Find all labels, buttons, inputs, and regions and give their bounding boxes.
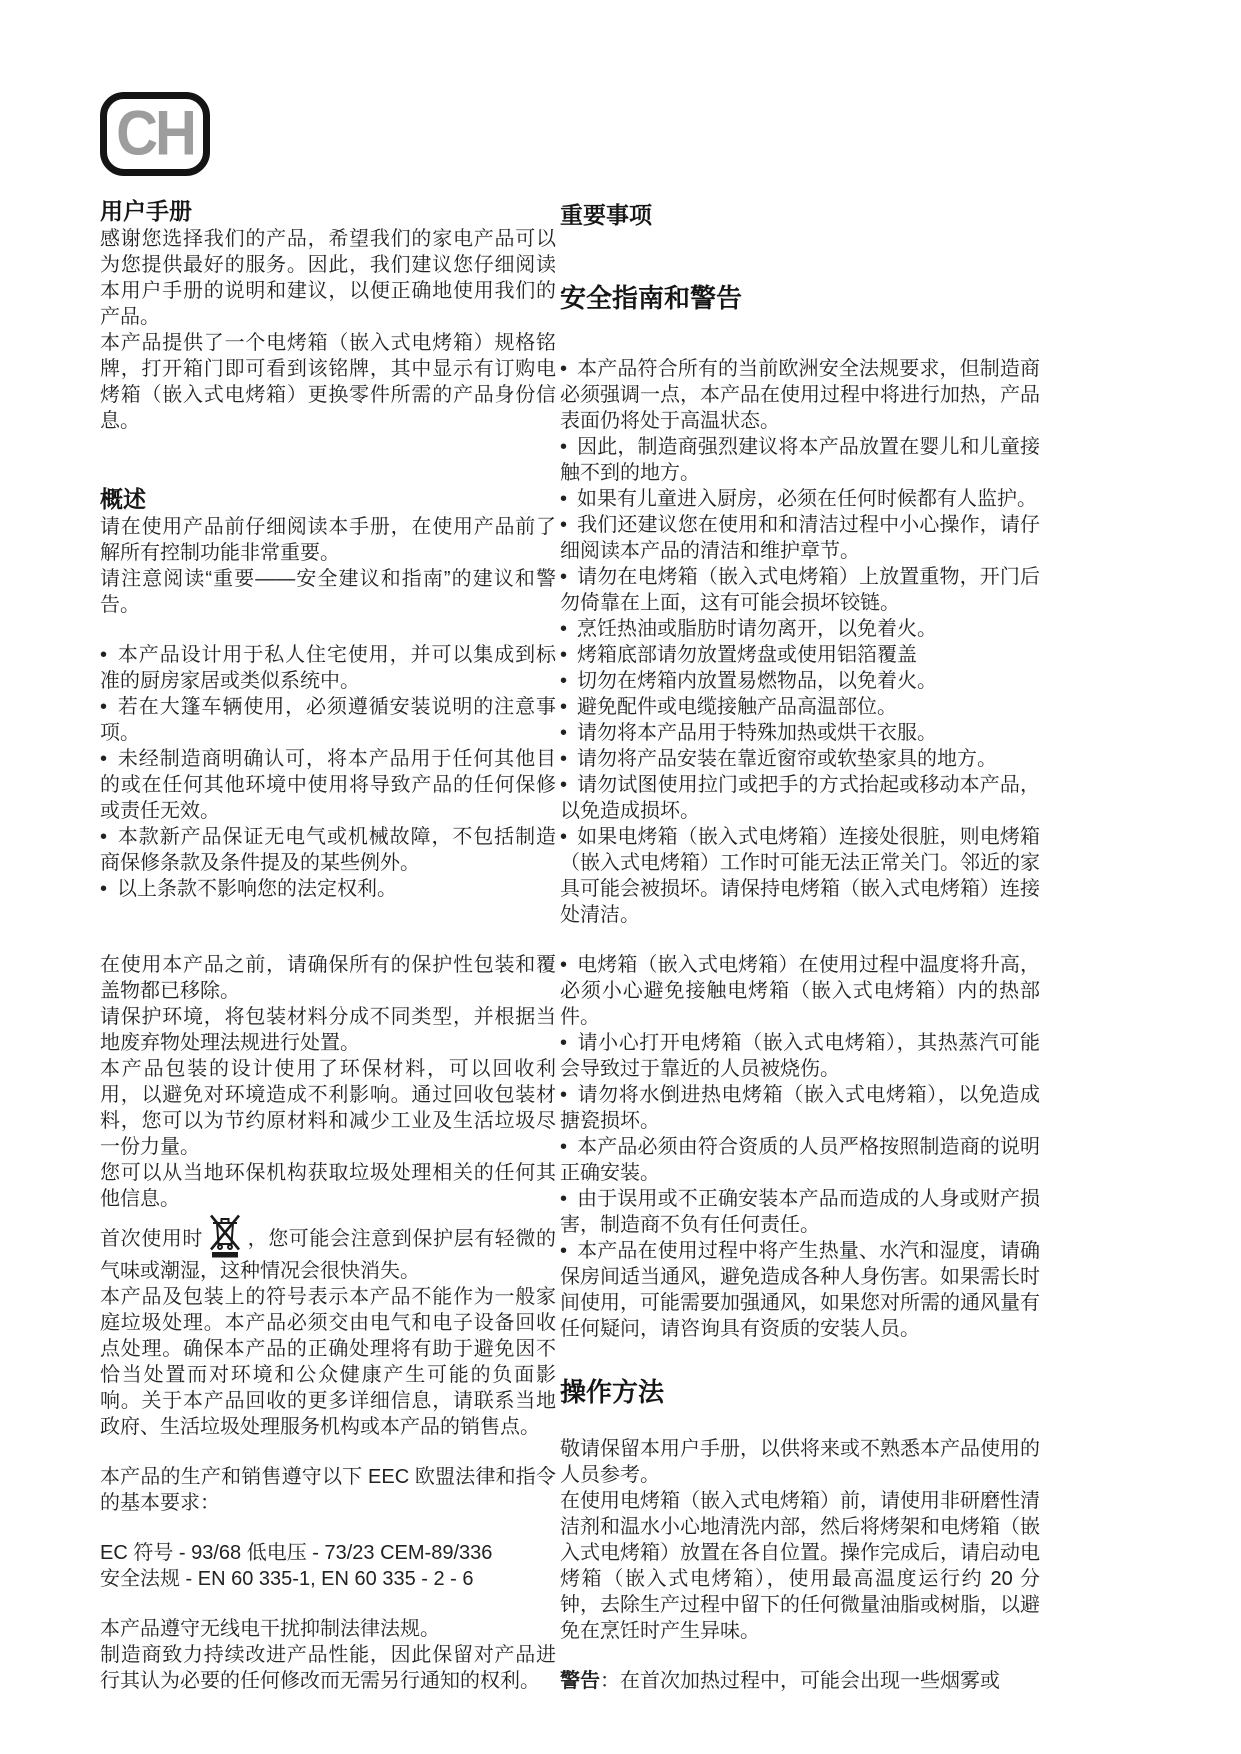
- spacer: [100, 1440, 556, 1464]
- bullet-item: • 请勿在电烤箱（嵌入式电烤箱）上放置重物，开门后勿倚靠在上面，这有可能会损坏铰…: [560, 564, 1040, 616]
- bullet-item: • 因此，制造商强烈建议将本产品放置在婴儿和儿童接触不到的地方。: [560, 434, 1040, 486]
- bullet-item: • 请勿将水倒进热电烤箱（嵌入式电烤箱），以免造成搪瓷损坏。: [560, 1082, 1040, 1134]
- bullet-item: • 本产品符合所有的当前欧洲安全法规要求，但制造商必须强调一点，本产品在使用过程…: [560, 356, 1040, 434]
- bullet-item: • 请勿将本产品用于特殊加热或烘干衣服。: [560, 720, 1040, 746]
- paragraph: 在使用电烤箱（嵌入式电烤箱）前，请使用非研磨性清洁剂和温水小心地清洗内部，然后将…: [560, 1488, 1040, 1644]
- left-column-content: 用户手册感谢您选择我们的产品，希望我们的家电产品可以为您提供最好的服务。因此，我…: [100, 196, 556, 1694]
- bullet-item: • 本款新产品保证无电气或机械故障，不包括制造商保修条款及条件提及的某些例外。: [100, 824, 556, 876]
- bullet-item: • 本产品设计用于私人住宅使用，并可以集成到标准的厨房家居或类似系统中。: [100, 642, 556, 694]
- bullet-item: • 我们还建议您在使用和和清洁过程中小心操作，请仔细阅读本产品的清洁和维护章节。: [560, 512, 1040, 564]
- paragraph: 感谢您选择我们的产品，希望我们的家电产品可以为您提供最好的服务。因此，我们建议您…: [100, 226, 556, 330]
- bullet-item: • 若在大篷车辆使用，必须遵循安装说明的注意事项。: [100, 694, 556, 746]
- bullet-item: • 由于误用或不正确安装本产品而造成的人身或财产损害，制造商不负有任何责任。: [560, 1186, 1040, 1238]
- spacer: [100, 618, 556, 642]
- spacer: [100, 1516, 556, 1540]
- paragraph: 制造商致力持续改进产品性能，因此保留对产品进行其认为必要的任何修改而无需另行通知…: [100, 1642, 556, 1694]
- paragraph: 本产品提供了一个电烤箱（嵌入式电烤箱）规格铭牌，打开箱门即可看到该铭牌，其中显示…: [100, 330, 556, 434]
- paragraph: 请保护环境，将包装材料分成不同类型，并根据当地废弃物处理法规进行处置。: [100, 1004, 556, 1056]
- section-heading: 用户手册: [100, 196, 556, 226]
- manual-page: CH 用户手册感谢您选择我们的产品，希望我们的家电产品可以为您提供最好的服务。因…: [0, 0, 1241, 1754]
- right-column-content: 重要事项安全指南和警告• 本产品符合所有的当前欧洲安全法规要求，但制造商必须强调…: [560, 200, 1040, 1694]
- spacer: [560, 230, 1040, 282]
- paragraph: 请在使用产品前仔细阅读本手册，在使用产品前了解所有控制功能非常重要。: [100, 514, 556, 566]
- spacer: [560, 1342, 1040, 1376]
- spacer: [100, 1592, 556, 1616]
- paragraph: 本产品遵守无线电干扰抑制法律法规。: [100, 1616, 556, 1642]
- bullet-item: • 如果电烤箱（嵌入式电烤箱）连接处很脏，则电烤箱（嵌入式电烤箱）工作时可能无法…: [560, 824, 1040, 928]
- spacer: [100, 902, 556, 952]
- right-column: 重要事项安全指南和警告• 本产品符合所有的当前欧洲安全法规要求，但制造商必须强调…: [560, 200, 1040, 1694]
- spacer: [560, 314, 1040, 356]
- paragraph: 敬请保留本用户手册，以供将来或不熟悉本产品使用的人员参考。: [560, 1436, 1040, 1488]
- spacer: [100, 434, 556, 484]
- paragraph: 本产品包装的设计使用了环保材料，可以回收利用，以避免对环境造成不利影响。通过回收…: [100, 1056, 556, 1160]
- ch-logo: CH: [100, 92, 210, 176]
- bullet-item: • 避免配件或电缆接触产品高温部位。: [560, 694, 1040, 720]
- bullet-item: • 请勿将产品安装在靠近窗帘或软垫家具的地方。: [560, 746, 1040, 772]
- bullet-item: • 如果有儿童进入厨房，必须在任何时候都有人监护。: [560, 486, 1040, 512]
- left-column: CH 用户手册感谢您选择我们的产品，希望我们的家电产品可以为您提供最好的服务。因…: [100, 92, 556, 1694]
- spacer: [560, 1644, 1040, 1668]
- bullet-item: • 请小心打开电烤箱（嵌入式电烤箱），其热蒸汽可能会导致过于靠近的人员被烧伤。: [560, 1030, 1040, 1082]
- paragraph: 安全法规 - EN 60 335-1, EN 60 335 - 2 - 6: [100, 1566, 556, 1592]
- bullet-item: • 未经制造商明确认可，将本产品用于任何其他目的或在任何其他环境中使用将导致产品…: [100, 746, 556, 824]
- section-heading: 安全指南和警告: [560, 282, 1040, 314]
- paragraph: 本产品的生产和销售遵守以下 EEC 欧盟法律和指令的基本要求：: [100, 1464, 556, 1516]
- warning-paragraph: 警告：在首次加热过程中，可能会出现一些烟雾或: [560, 1668, 1040, 1694]
- paragraph: 请注意阅读“重要——安全建议和指南”的建议和警告。: [100, 566, 556, 618]
- bullet-item: • 切勿在烤箱内放置易燃物品，以免着火。: [560, 668, 1040, 694]
- paragraph-with-weee-icon: 首次使用时，您可能会注意到保护层有轻微的气味或潮湿，这种情况会很快消失。: [100, 1212, 556, 1284]
- section-heading: 概述: [100, 484, 556, 514]
- spacer: [560, 928, 1040, 952]
- section-heading: 重要事项: [560, 200, 1040, 230]
- paragraph: 在使用本产品之前，请确保所有的保护性包装和覆盖物都已移除。: [100, 952, 556, 1004]
- paragraph: EC 符号 - 93/68 低电压 - 73/23 CEM-89/336: [100, 1540, 556, 1566]
- bullet-item: • 本产品必须由符合资质的人员严格按照制造商的说明正确安装。: [560, 1134, 1040, 1186]
- bullet-item: • 本产品在使用过程中将产生热量、水汽和湿度，请确保房间适当通风，避免造成各种人…: [560, 1238, 1040, 1342]
- warning-label: 警告: [560, 1670, 600, 1692]
- spacer: [560, 1408, 1040, 1436]
- ch-logo-text: CH: [116, 103, 194, 166]
- weee-crossed-bin-icon: [208, 1212, 242, 1258]
- paragraph: 本产品及包装上的符号表示本产品不能作为一般家庭垃圾处理。本产品必须交由电气和电子…: [100, 1284, 556, 1440]
- paragraph: 您可以从当地环保机构获取垃圾处理相关的任何其他信息。: [100, 1160, 556, 1212]
- bullet-item: • 烹饪热油或脂肪时请勿离开，以免着火。: [560, 616, 1040, 642]
- section-heading: 操作方法: [560, 1376, 1040, 1408]
- bullet-item: • 以上条款不影响您的法定权利。: [100, 876, 556, 902]
- bullet-item: • 请勿试图使用拉门或把手的方式抬起或移动本产品，以免造成损坏。: [560, 772, 1040, 824]
- bullet-item: • 烤箱底部请勿放置烤盘或使用铝箔覆盖: [560, 642, 1040, 668]
- bullet-item: • 电烤箱（嵌入式电烤箱）在使用过程中温度将升高，必须小心避免接触电烤箱（嵌入式…: [560, 952, 1040, 1030]
